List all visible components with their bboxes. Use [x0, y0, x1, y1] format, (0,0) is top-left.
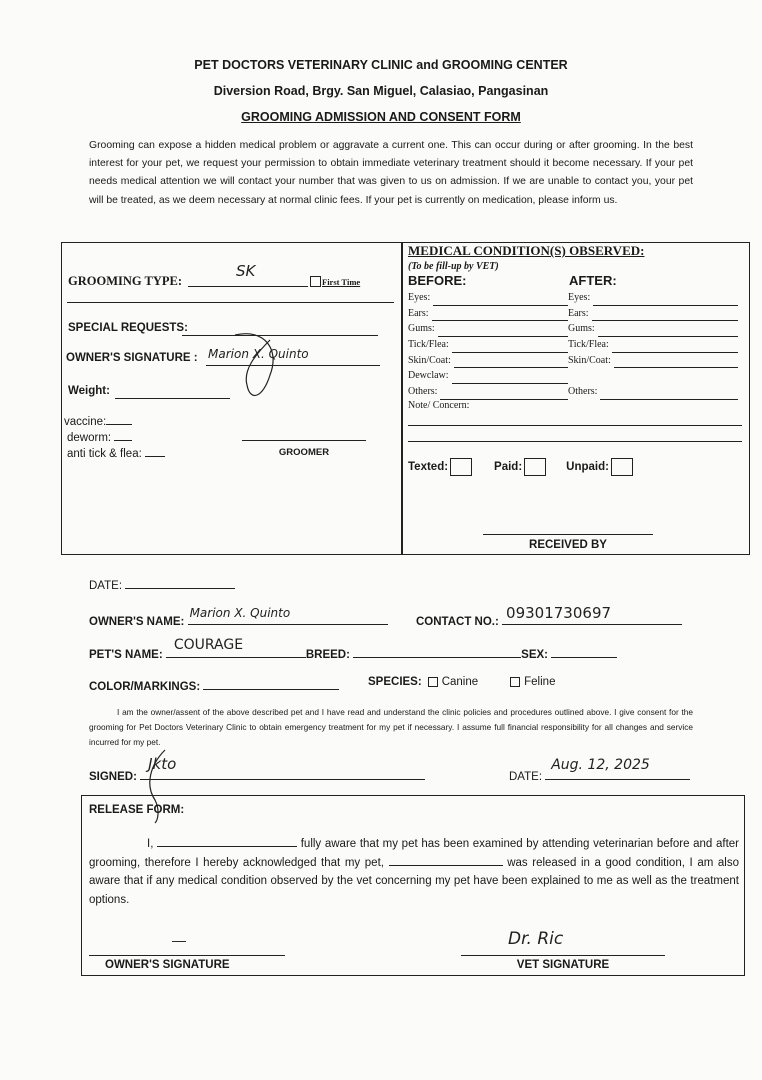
medical-subtitle: (To be fill-up by VET)	[408, 261, 499, 272]
after-field[interactable]	[600, 388, 738, 400]
owner-name-value: Marion X. Quinto	[190, 606, 291, 620]
color-row: COLOR/MARKINGS:	[89, 677, 339, 693]
consent-text: I am the owner/assent of the above descr…	[89, 705, 693, 750]
after-field[interactable]	[592, 309, 738, 321]
first-time-label: First Time	[322, 277, 360, 287]
grooming-type-value: SK	[236, 262, 255, 280]
antitick-label: anti tick & flea:	[67, 448, 142, 460]
species-canine-option[interactable]: Canine	[428, 676, 478, 688]
deworm-row: deworm:	[67, 430, 132, 444]
release-pet-name-field[interactable]	[389, 855, 503, 866]
sex-label: SEX:	[521, 649, 548, 661]
species-feline-option[interactable]: Feline	[510, 676, 555, 688]
vaccine-row: vaccine:	[64, 414, 132, 428]
medical-row: Ears:Ears:	[408, 306, 744, 322]
signed-label: SIGNED:	[89, 771, 137, 783]
release-owner-signature-value: —	[172, 932, 186, 948]
color-label: COLOR/MARKINGS:	[89, 681, 200, 693]
before-label: Dewclaw:	[408, 368, 449, 384]
before-label: Ears:	[408, 306, 429, 322]
medical-row: Tick/Flea:Tick/Flea:	[408, 337, 744, 353]
signed-field[interactable]: Jkto	[140, 765, 425, 780]
medical-row: Dewclaw:	[408, 368, 744, 384]
before-label: Eyes:	[408, 290, 430, 306]
breed-field[interactable]	[353, 643, 521, 658]
after-label: Tick/Flea:	[568, 337, 609, 353]
medical-row: Others:Others:	[408, 384, 744, 400]
pet-name-field[interactable]: COURAGE	[166, 643, 306, 658]
species-label: SPECIES:	[368, 676, 422, 688]
after-field[interactable]	[598, 325, 738, 337]
texted-label: Texted:	[408, 461, 448, 473]
unpaid-checkbox[interactable]	[611, 458, 633, 476]
groomer-signature-line[interactable]	[242, 440, 366, 441]
medical-row: Skin/Coat:Skin/Coat:	[408, 353, 744, 369]
paid-label: Paid:	[494, 461, 522, 473]
grooming-type-label: GROOMING TYPE:	[68, 274, 182, 289]
release-owner-signature-label: OWNER'S SIGNATURE	[105, 959, 230, 971]
before-field[interactable]	[432, 309, 568, 321]
breed-label: BREED:	[306, 649, 350, 661]
vet-signature-value: Dr. Ric	[508, 929, 563, 949]
weight-field[interactable]	[115, 384, 230, 399]
box-divider	[401, 242, 403, 555]
pet-name-value: COURAGE	[174, 637, 243, 653]
consent-date-value: Aug. 12, 2025	[551, 757, 650, 773]
received-by-line[interactable]	[483, 534, 653, 535]
unpaid-label: Unpaid:	[566, 461, 609, 473]
before-label: Gums:	[408, 321, 435, 337]
antitick-row: anti tick & flea:	[67, 446, 165, 460]
after-label: Ears:	[568, 306, 589, 322]
consent-date-label: DATE:	[509, 771, 542, 783]
grooming-type-field[interactable]: SK	[188, 270, 308, 287]
release-owner-name-field[interactable]	[157, 836, 297, 847]
after-label: AFTER:	[569, 273, 617, 288]
after-field[interactable]	[612, 341, 738, 353]
vet-signature-line[interactable]	[461, 955, 665, 956]
before-label: BEFORE:	[408, 273, 467, 288]
owner-name-row: OWNER'S NAME: Marion X. Quinto	[89, 610, 388, 628]
date-label: DATE:	[89, 580, 122, 592]
color-field[interactable]	[203, 677, 339, 690]
after-label: Eyes:	[568, 290, 590, 306]
contact-field[interactable]: 09301730697	[502, 610, 682, 625]
after-label: Skin/Coat:	[568, 353, 611, 369]
deworm-field[interactable]	[114, 430, 132, 441]
medical-title: MEDICAL CONDITION(S) OBSERVED:	[408, 243, 644, 259]
medical-row: Gums:Gums:	[408, 321, 744, 337]
vaccine-label: vaccine:	[64, 416, 106, 428]
before-field[interactable]	[452, 341, 568, 353]
before-label: Others:	[408, 384, 437, 400]
release-title: RELEASE FORM:	[89, 804, 184, 816]
texted-checkbox[interactable]	[450, 458, 472, 476]
status-row: Texted: Paid: Unpaid:	[408, 458, 633, 476]
after-field[interactable]	[614, 356, 738, 368]
after-field[interactable]	[593, 294, 738, 306]
grooming-extra-line	[67, 302, 394, 303]
groomer-label: GROOMER	[242, 447, 366, 458]
note-line-1[interactable]	[408, 425, 742, 426]
species-row: SPECIES: Canine Feline	[368, 676, 555, 688]
contact-row: CONTACT NO.: 09301730697	[416, 610, 682, 628]
before-field[interactable]	[438, 325, 568, 337]
owner-name-label: OWNER'S NAME:	[89, 616, 184, 628]
antitick-field[interactable]	[145, 446, 165, 457]
clinic-address: Diversion Road, Brgy. San Miguel, Calasi…	[0, 84, 762, 98]
vet-signature-label: VET SIGNATURE	[461, 959, 665, 971]
release-text: I, fully aware that my pet has been exam…	[89, 835, 739, 909]
before-field[interactable]	[433, 294, 568, 306]
form-title: GROOMING ADMISSION AND CONSENT FORM	[0, 110, 762, 124]
deworm-label: deworm:	[67, 432, 111, 444]
after-label: Gums:	[568, 321, 595, 337]
before-label: Tick/Flea:	[408, 337, 449, 353]
vaccine-field[interactable]	[106, 414, 132, 425]
contact-value: 09301730697	[506, 604, 611, 622]
special-requests-label: SPECIAL REQUESTS:	[68, 322, 188, 334]
pet-name-label: PET'S NAME:	[89, 649, 163, 661]
release-owner-signature-line[interactable]	[89, 955, 285, 956]
clinic-name: PET DOCTORS VETERINARY CLINIC and GROOMI…	[0, 58, 762, 72]
before-field[interactable]	[452, 372, 568, 384]
before-label: Skin/Coat:	[408, 353, 451, 369]
medical-rows: Eyes:Eyes:Ears:Ears:Gums:Gums:Tick/Flea:…	[408, 290, 744, 400]
date-row: DATE:	[89, 578, 235, 592]
pet-row: PET'S NAME: COURAGE BREED: SEX:	[89, 643, 617, 661]
medical-row: Eyes:Eyes:	[408, 290, 744, 306]
first-time-checkbox[interactable]: First Time	[310, 276, 360, 287]
consent-date-field[interactable]: Aug. 12, 2025	[545, 765, 690, 780]
contact-label: CONTACT NO.:	[416, 616, 499, 628]
paid-checkbox[interactable]	[524, 458, 546, 476]
before-field[interactable]	[440, 388, 568, 400]
consent-date-row: DATE: Aug. 12, 2025	[509, 765, 690, 783]
owner-name-field[interactable]: Marion X. Quinto	[188, 610, 388, 625]
date-field[interactable]	[125, 578, 235, 589]
note-line-2[interactable]	[408, 441, 742, 442]
received-by-label: RECEIVED BY	[483, 539, 653, 551]
after-label: Others:	[568, 384, 597, 400]
weight-label: Weight:	[68, 385, 110, 397]
sex-field[interactable]	[551, 643, 617, 658]
intro-paragraph: Grooming can expose a hidden medical pro…	[89, 137, 693, 210]
signature-flourish	[225, 330, 295, 405]
before-field[interactable]	[454, 356, 568, 368]
owner-signature-label: OWNER'S SIGNATURE :	[66, 352, 198, 364]
note-concern-label: Note/ Concern:	[408, 400, 469, 411]
